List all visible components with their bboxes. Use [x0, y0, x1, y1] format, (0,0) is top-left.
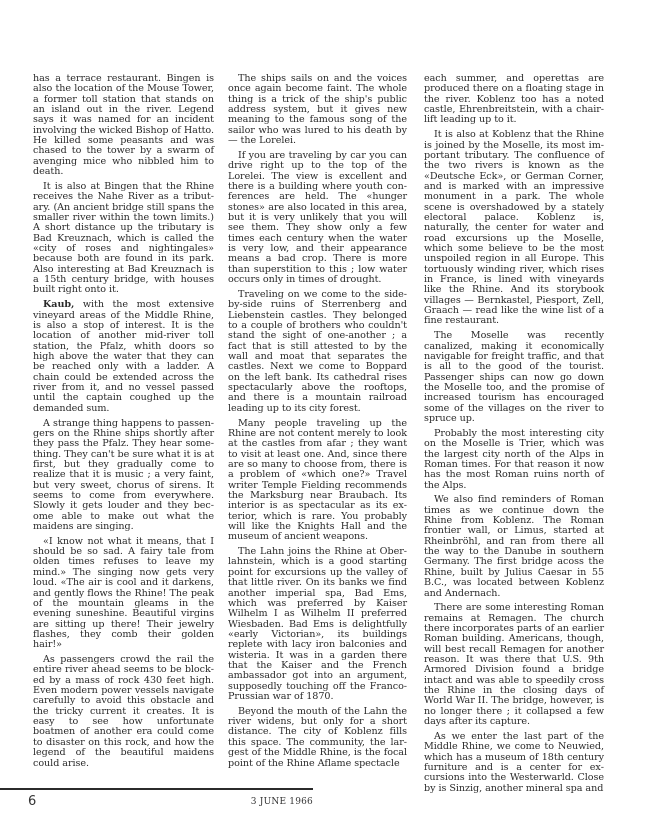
paragraph: A strange thing happens to passen­gers o… [33, 419, 214, 533]
paragraph: Many people traveling up the Rhine are n… [228, 419, 407, 543]
paragraph: If you are traveling by car you can driv… [228, 151, 407, 285]
paragraph: «I know not what it means, that I should… [33, 537, 214, 651]
paragraph: We also find reminders of Roman times as… [424, 495, 604, 598]
paragraph: has a terrace restaurant. Bingen is also… [33, 74, 214, 177]
paragraph: There are some interesting Roman remains… [424, 603, 604, 727]
paragraph: Traveling on we come to the side-by-side… [228, 290, 407, 414]
paragraph-lead-word: Kaub, [43, 299, 74, 310]
footer-rule [0, 788, 313, 790]
issue-date: 3 JUNE 1966 [251, 797, 313, 807]
article-column-2: The ships sails on and the voices once a… [228, 74, 407, 773]
paragraph: The ships sails on and the voices once a… [228, 74, 407, 146]
paragraph: Probably the most interesting city on th… [424, 429, 604, 491]
paragraph: It is also at Bingen that the Rhine rece… [33, 182, 214, 296]
paragraph: As we enter the last part of the Middle … [424, 732, 604, 794]
page-number: 6 [28, 794, 36, 809]
paragraph: Beyond the mouth of the Lahn the river w… [228, 707, 407, 769]
paragraph: The Lahn joins the Rhine at Ober­lahnste… [228, 547, 407, 702]
paragraph: The Moselle was recently canalized, maki… [424, 331, 604, 424]
paragraph: Kaub, with the most extensive vineyard a… [33, 300, 214, 414]
paragraph: It is also at Koblenz that the Rhine is … [424, 130, 604, 327]
paragraph: As passengers crowd the rail the entire … [33, 655, 214, 769]
article-column-1: has a terrace restaurant. Bingen is also… [33, 74, 214, 773]
paragraph: each summer, and operettas are produced … [424, 74, 604, 126]
article-column-3: each summer, and operettas are produced … [424, 74, 604, 799]
